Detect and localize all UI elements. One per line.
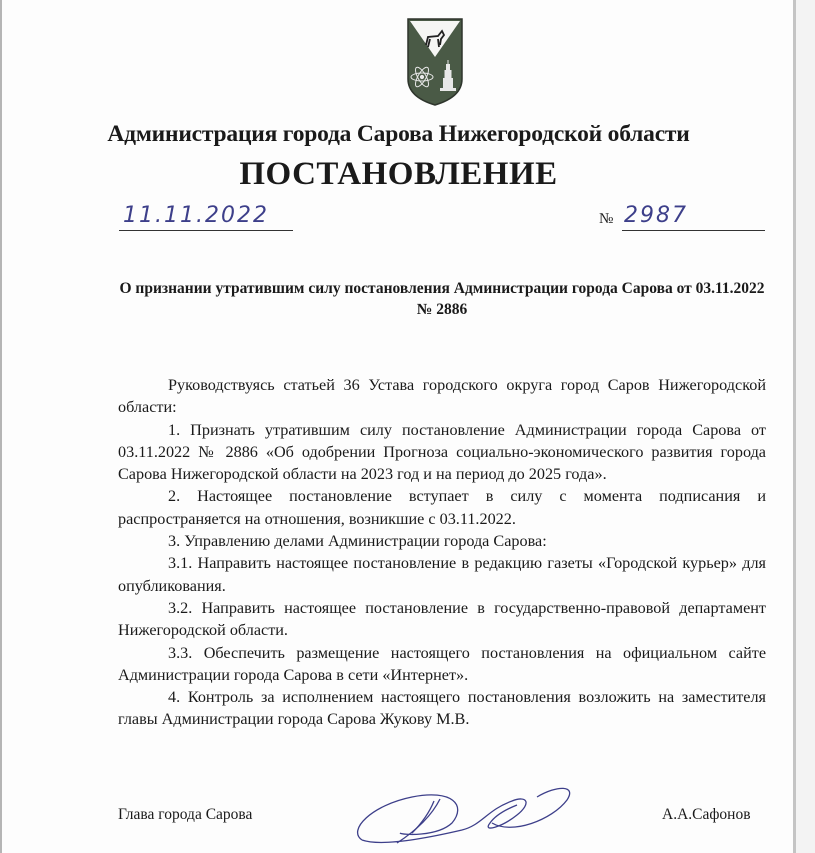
preamble-paragraph: Руководствуясь статьей 36 Устава городск… [118,374,766,419]
clause-3: 3. Управлению делами Администрации город… [118,530,766,552]
clause-2: 2. Настоящее постановление вступает в си… [118,485,766,530]
document-subject: О признании утратившим силу постановлени… [112,278,772,320]
number-label: № [599,211,613,228]
number-field: 2987 [622,203,765,231]
document-body: Руководствуясь статьей 36 Устава городск… [118,374,766,731]
document-type-title: ПОСТАНОВЛЕНИЕ [2,156,795,193]
organization-name: Администрация города Сарова Нижегородско… [2,121,795,148]
clause-3-1: 3.1. Направить настоящее постановление в… [118,552,766,597]
clause-4: 4. Контроль за исполнением настоящего по… [118,686,766,731]
clause-3-3: 3.3. Обеспечить размещение настоящего по… [118,642,766,687]
clause-3-2: 3.2. Направить настоящее постановление в… [118,597,766,642]
date-field: 11.11.2022 [119,203,293,231]
handwritten-date: 11.11.2022 [123,203,269,228]
signatory-position: Глава города Сарова [118,806,252,824]
viewer-background [796,0,815,853]
document-page: Администрация города Сарова Нижегородско… [0,0,793,853]
signatory-name: А.А.Сафонов [662,806,751,824]
coat-of-arms-icon [406,17,464,107]
signature-icon [342,775,572,853]
clause-1: 1. Признать утратившим силу постановлени… [118,419,766,486]
handwritten-number: 2987 [624,203,688,228]
